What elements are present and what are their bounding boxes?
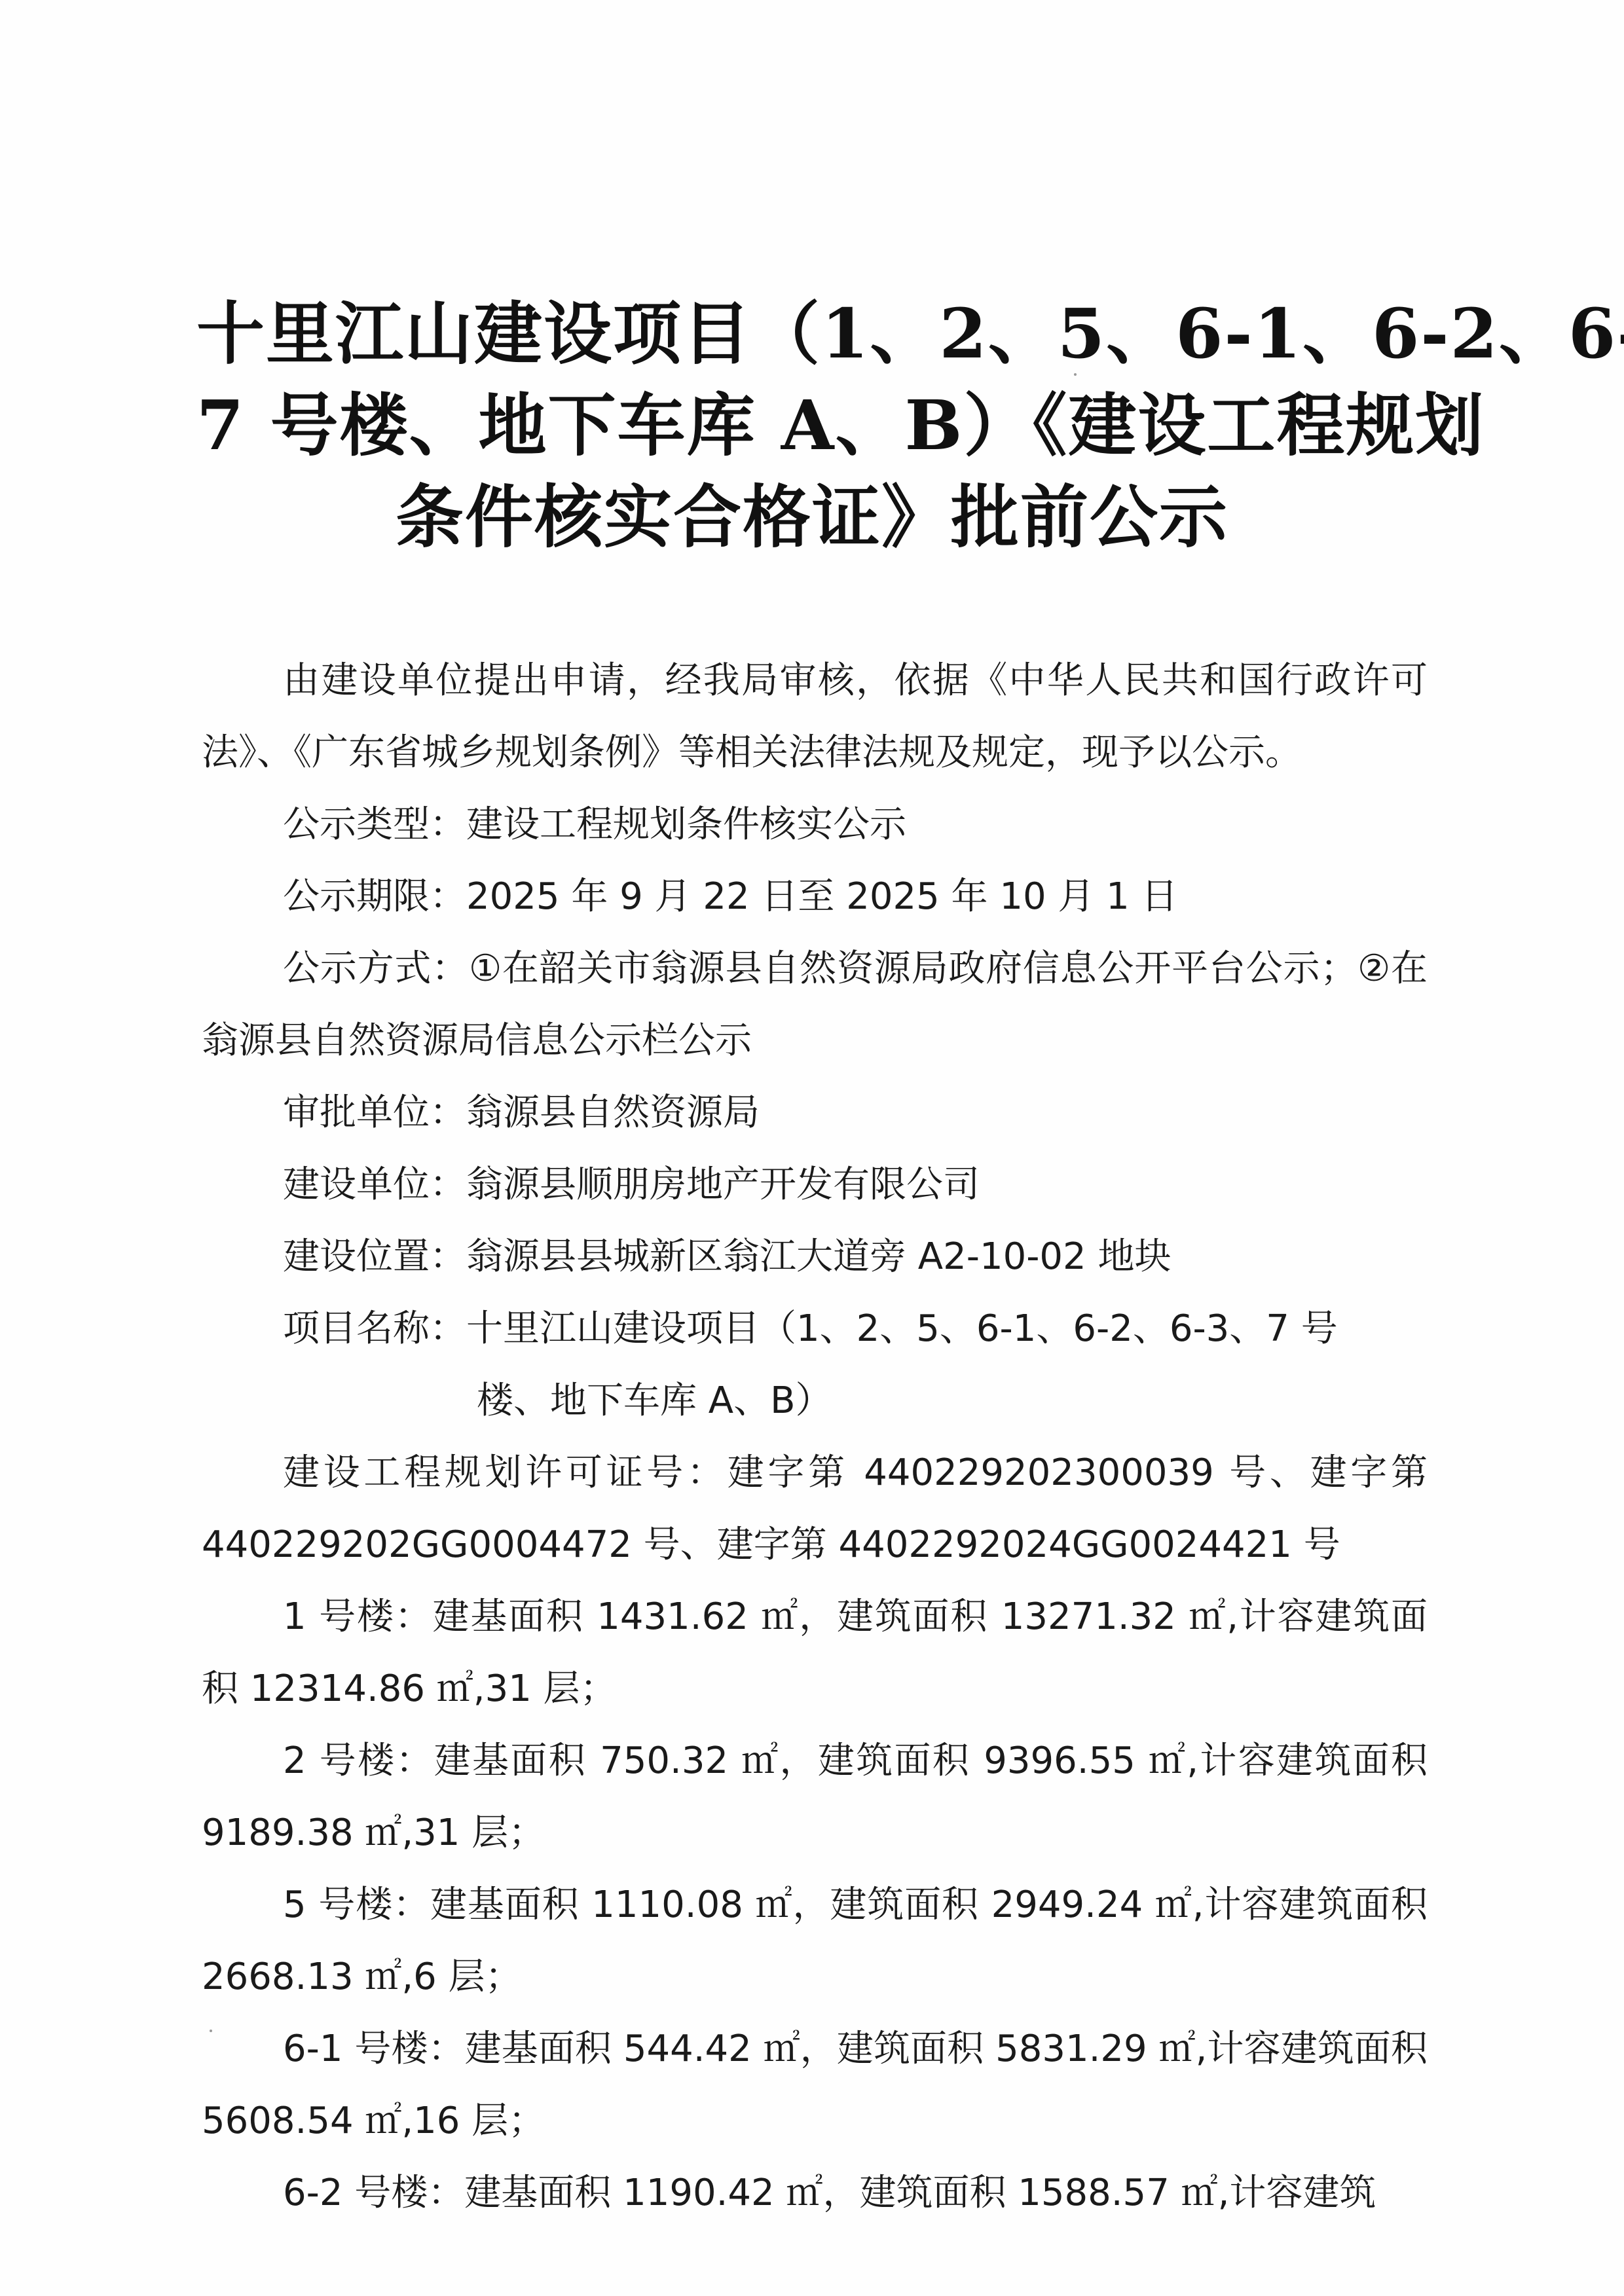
document-title: 十里江山建设项目（1、2、5、6-1、6-2、6-3、 7 号楼、地下车库 A、… [196,288,1428,563]
title-line-3: 条件核实合格证》批前公示 [196,471,1428,563]
field-approval-unit: 审批单位：翁源县自然资源局 [202,1077,1428,1149]
title-line-2: 7 号楼、地下车库 A、B）《建设工程规划 [196,380,1428,471]
field-label: 审批单位： [283,1091,466,1134]
field-value: 翁源县自然资源局 [466,1091,760,1134]
field-value: 十里江山建设项目（1、2、5、6-1、6-2、6-3、7 号 [466,1307,1338,1350]
field-construction-unit: 建设单位：翁源县顺朋房地产开发有限公司 [202,1149,1428,1221]
field-construction-location: 建设位置：翁源县县城新区翁江大道旁 A2-10-02 地块 [202,1221,1428,1293]
field-permit-numbers: 建设工程规划许可证号：建字第 440229202300039 号、建字第 440… [202,1437,1428,1581]
field-label: 公示期限： [283,875,466,918]
building-entry-5: 5 号楼：建基面积 1110.08 ㎡，建筑面积 2949.24 ㎡,计容建筑面… [202,1869,1428,2013]
scan-speck [1074,373,1077,376]
field-value: 2025 年 9 月 22 日至 2025 年 10 月 1 日 [466,875,1178,918]
field-value: 翁源县顺朋房地产开发有限公司 [466,1163,980,1206]
intro-paragraph: 由建设单位提出申请，经我局审核，依据《中华人民共和国行政许可法》、《广东省城乡规… [202,645,1428,789]
document-page: 十里江山建设项目（1、2、5、6-1、6-2、6-3、 7 号楼、地下车库 A、… [0,0,1624,2296]
field-label: 公示方式： [283,947,469,990]
building-entry-6-1: 6-1 号楼：建基面积 544.42 ㎡，建筑面积 5831.29 ㎡,计容建筑… [202,2013,1428,2157]
title-line-1: 十里江山建设项目（1、2、5、6-1、6-2、6-3、 [196,288,1428,380]
building-entry-6-2: 6-2 号楼：建基面积 1190.42 ㎡，建筑面积 1588.57 ㎡,计容建… [202,2157,1428,2229]
field-project-name-continued: 楼、地下车库 A、B） [202,1365,1428,1437]
field-label: 项目名称： [283,1307,466,1350]
document-body: 由建设单位提出申请，经我局审核，依据《中华人民共和国行政许可法》、《广东省城乡规… [202,645,1428,2229]
scan-speck [210,2030,212,2032]
field-label: 建设位置： [283,1235,466,1278]
field-notice-type: 公示类型：建设工程规划条件核实公示 [202,789,1428,861]
field-notice-method: 公示方式：①在韶关市翁源县自然资源局政府信息公开平台公示；②在翁源县自然资源局信… [202,933,1428,1077]
field-label: 建设工程规划许可证号： [283,1451,728,1494]
field-label: 公示类型： [283,803,466,846]
field-value: 翁源县县城新区翁江大道旁 A2-10-02 地块 [466,1235,1171,1278]
field-project-name: 项目名称：十里江山建设项目（1、2、5、6-1、6-2、6-3、7 号 [202,1293,1428,1365]
building-entry-1: 1 号楼：建基面积 1431.62 ㎡，建筑面积 13271.32 ㎡,计容建筑… [202,1581,1428,1725]
field-value: 建设工程规划条件核实公示 [466,803,906,846]
building-entry-2: 2 号楼：建基面积 750.32 ㎡，建筑面积 9396.55 ㎡,计容建筑面积… [202,1725,1428,1869]
field-notice-period: 公示期限：2025 年 9 月 22 日至 2025 年 10 月 1 日 [202,861,1428,933]
field-label: 建设单位： [283,1163,466,1206]
